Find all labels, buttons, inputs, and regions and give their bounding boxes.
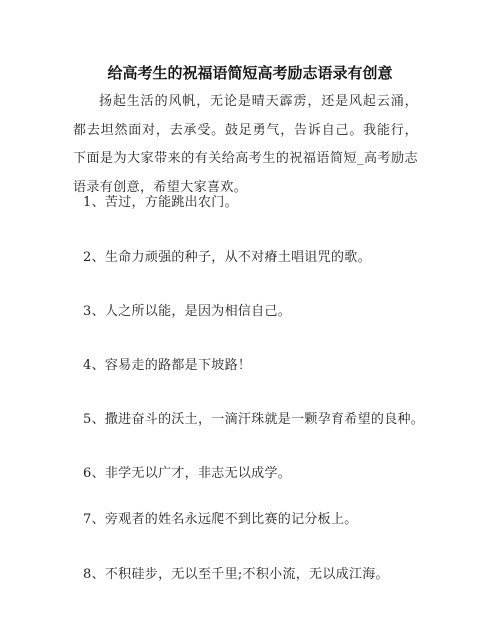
document-title: 给高考生的祝福语简短高考励志语录有创意 [0, 63, 500, 83]
document-page: 给高考生的祝福语简短高考励志语录有创意 扬起生活的风帆，无论是晴天霹雳，还是风起… [0, 0, 500, 637]
list-item: 1、苦过，方能跳出农门。 [83, 194, 238, 212]
list-item: 3、人之所以能，是因为相信自己。 [83, 303, 291, 321]
list-item: 7、旁观者的姓名永远爬不到比赛的记分板上。 [83, 511, 358, 529]
list-item: 6、非学无以广才，非志无以成学。 [83, 465, 291, 483]
list-item: 5、撒进奋斗的沃土，一滴汗珠就是一颗孕育希望的良种。 [83, 411, 424, 429]
intro-paragraph: 扬起生活的风帆，无论是晴天霹雳，还是风起云涌，都去坦然面对，去承受。鼓足勇气，告… [73, 88, 418, 202]
list-item: 2、生命力顽强的种子，从不对瘠土唱诅咒的歌。 [83, 249, 371, 267]
list-item: 8、不积硅步，无以至千里;不积小流，无以成江海。 [83, 566, 389, 584]
list-item: 4、容易走的路都是下坡路！ [83, 357, 251, 375]
